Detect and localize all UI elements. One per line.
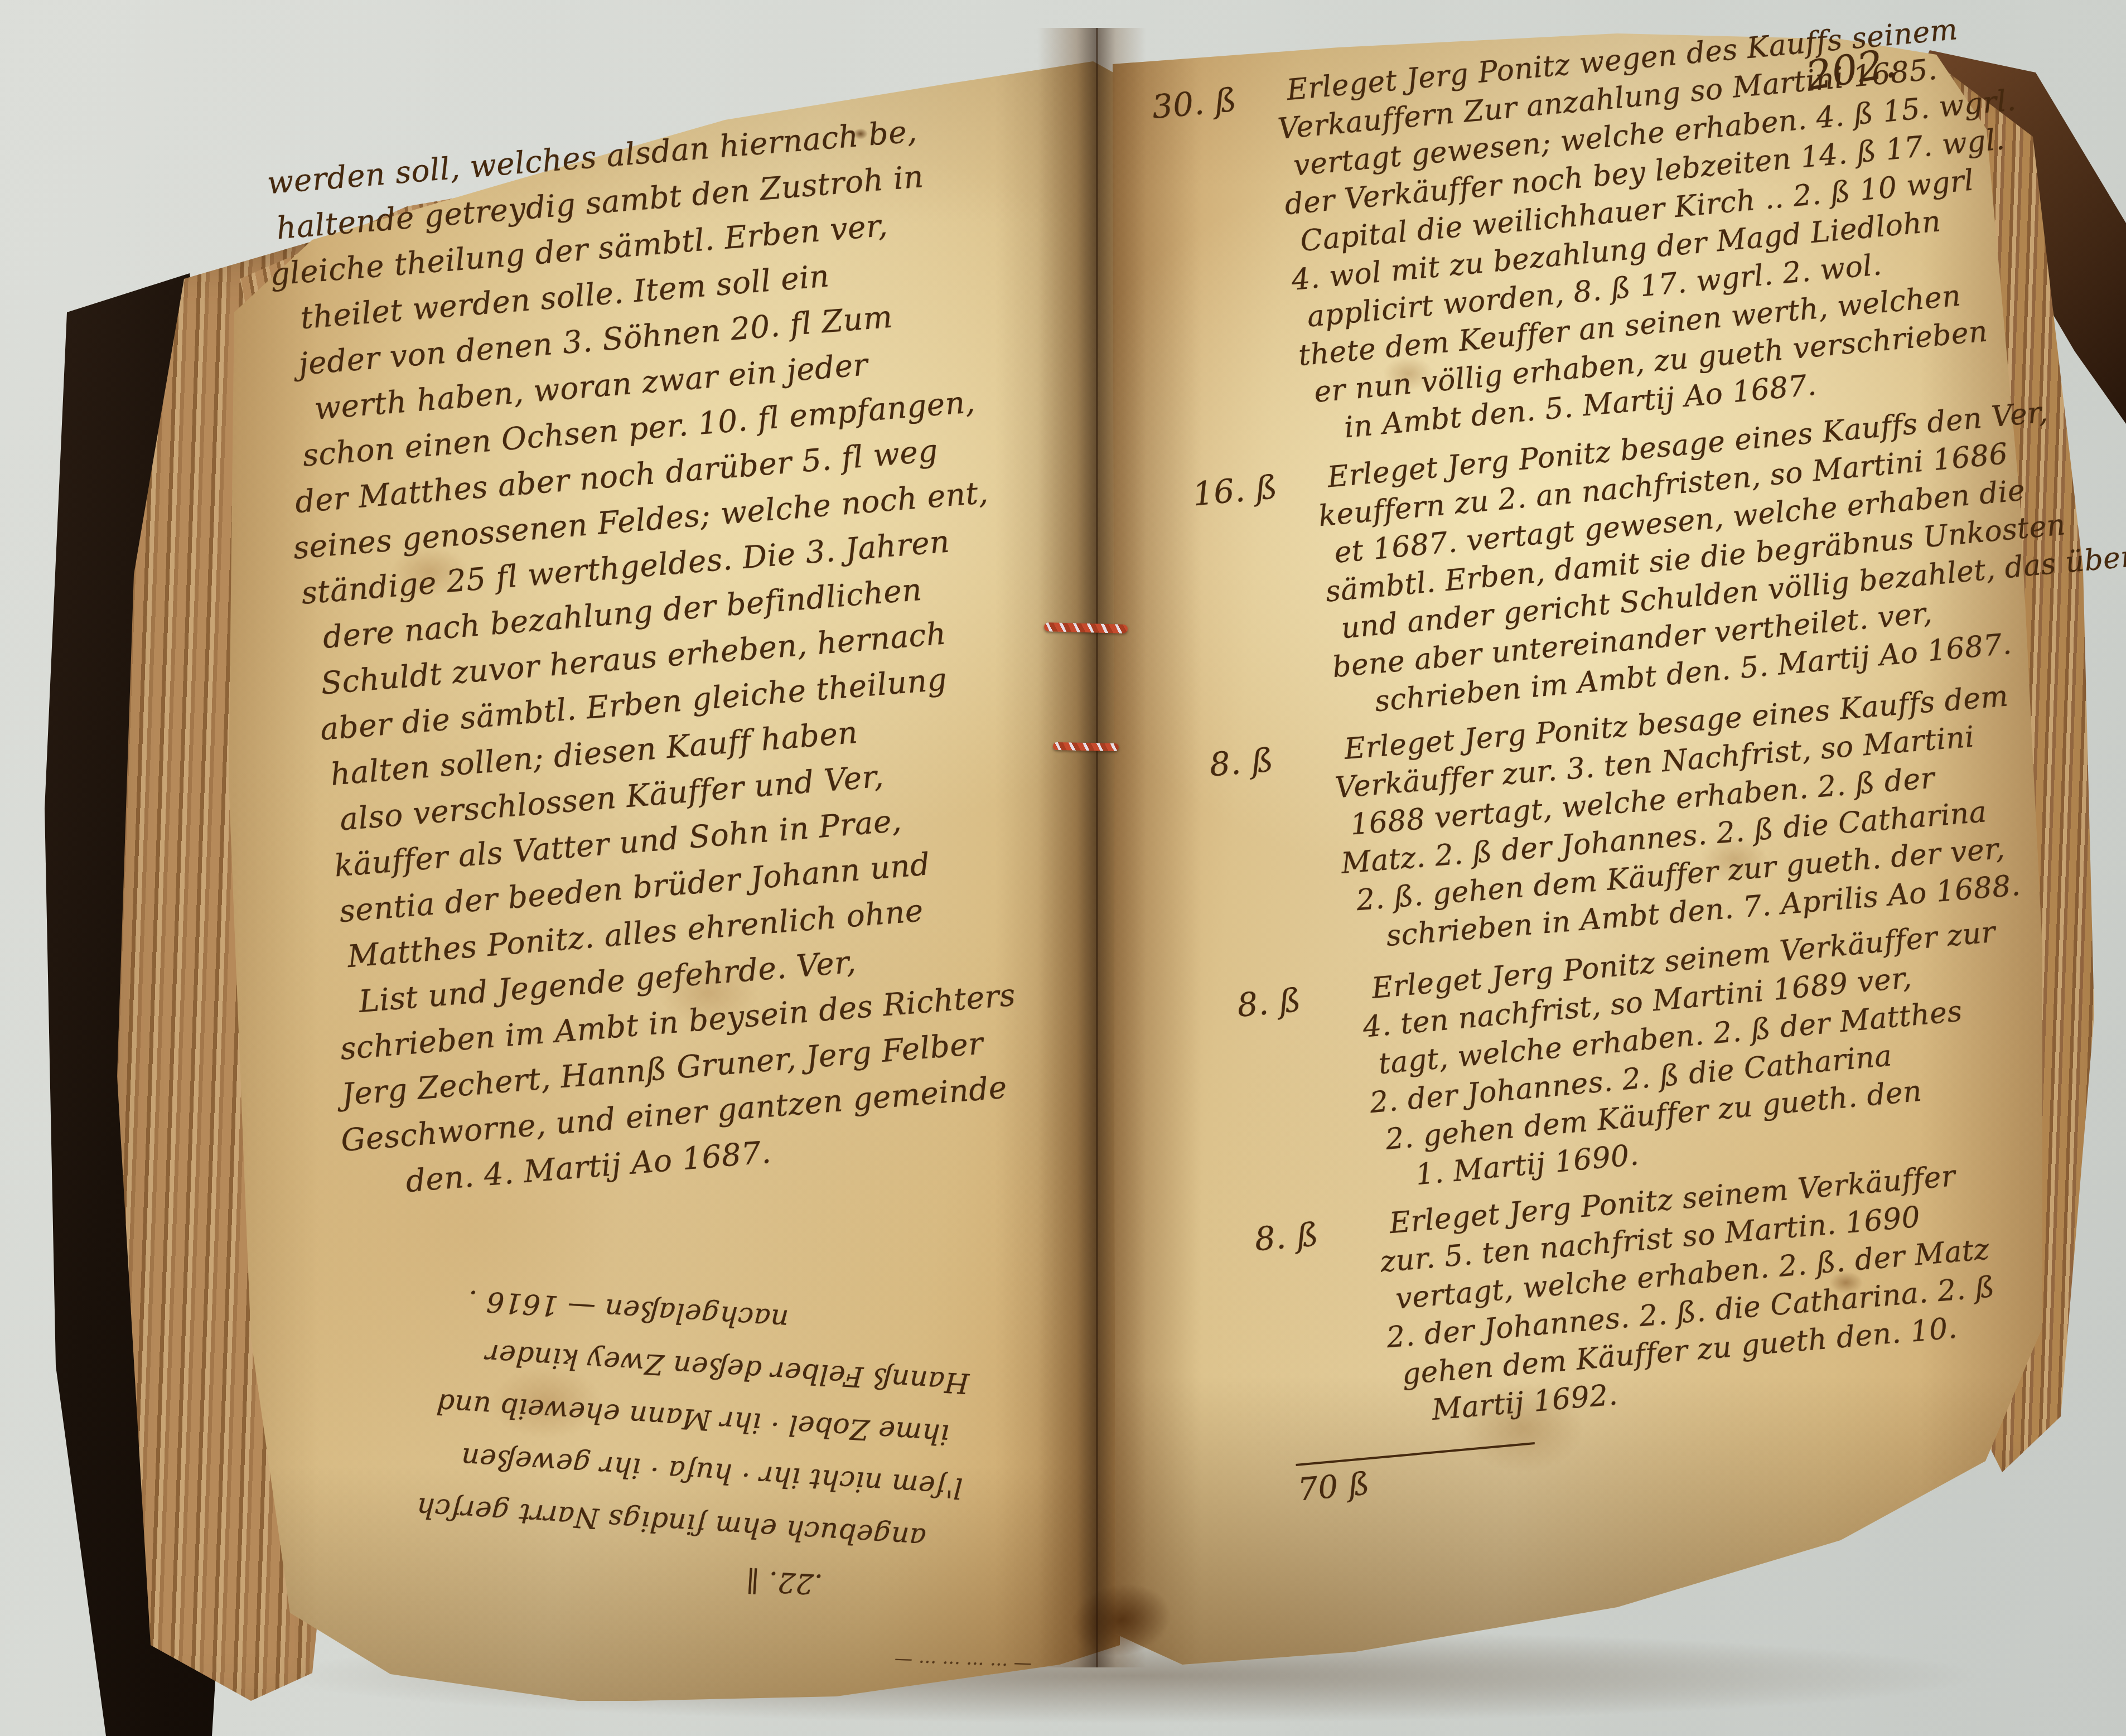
left-page-text: werden soll, welches alsdan hiernach be,…: [262, 100, 1103, 1209]
ledger-entry: 30. ßErleget Jerg Ponitz wegen des Kauff…: [1153, 4, 2065, 461]
gutter-crease: [1096, 28, 1098, 1667]
entry-amount: 8. ß: [1235, 981, 1302, 1024]
right-page-entries: 30. ßErleget Jerg Ponitz wegen des Kauff…: [1153, 4, 2126, 1512]
entry-amount: 16. ß: [1191, 468, 1279, 513]
manuscript-photo: 202. werden soll, welches alsdan hiernac…: [0, 0, 2126, 1736]
entry-amount: 8. ß: [1208, 741, 1275, 784]
entry-amount: 8. ß: [1253, 1215, 1320, 1258]
inverted-note-text: .22. ∥angebuch ehm ſindigs Narrt gerſchl…: [231, 1261, 974, 1619]
entry-amount: 30. ß: [1151, 81, 1238, 126]
